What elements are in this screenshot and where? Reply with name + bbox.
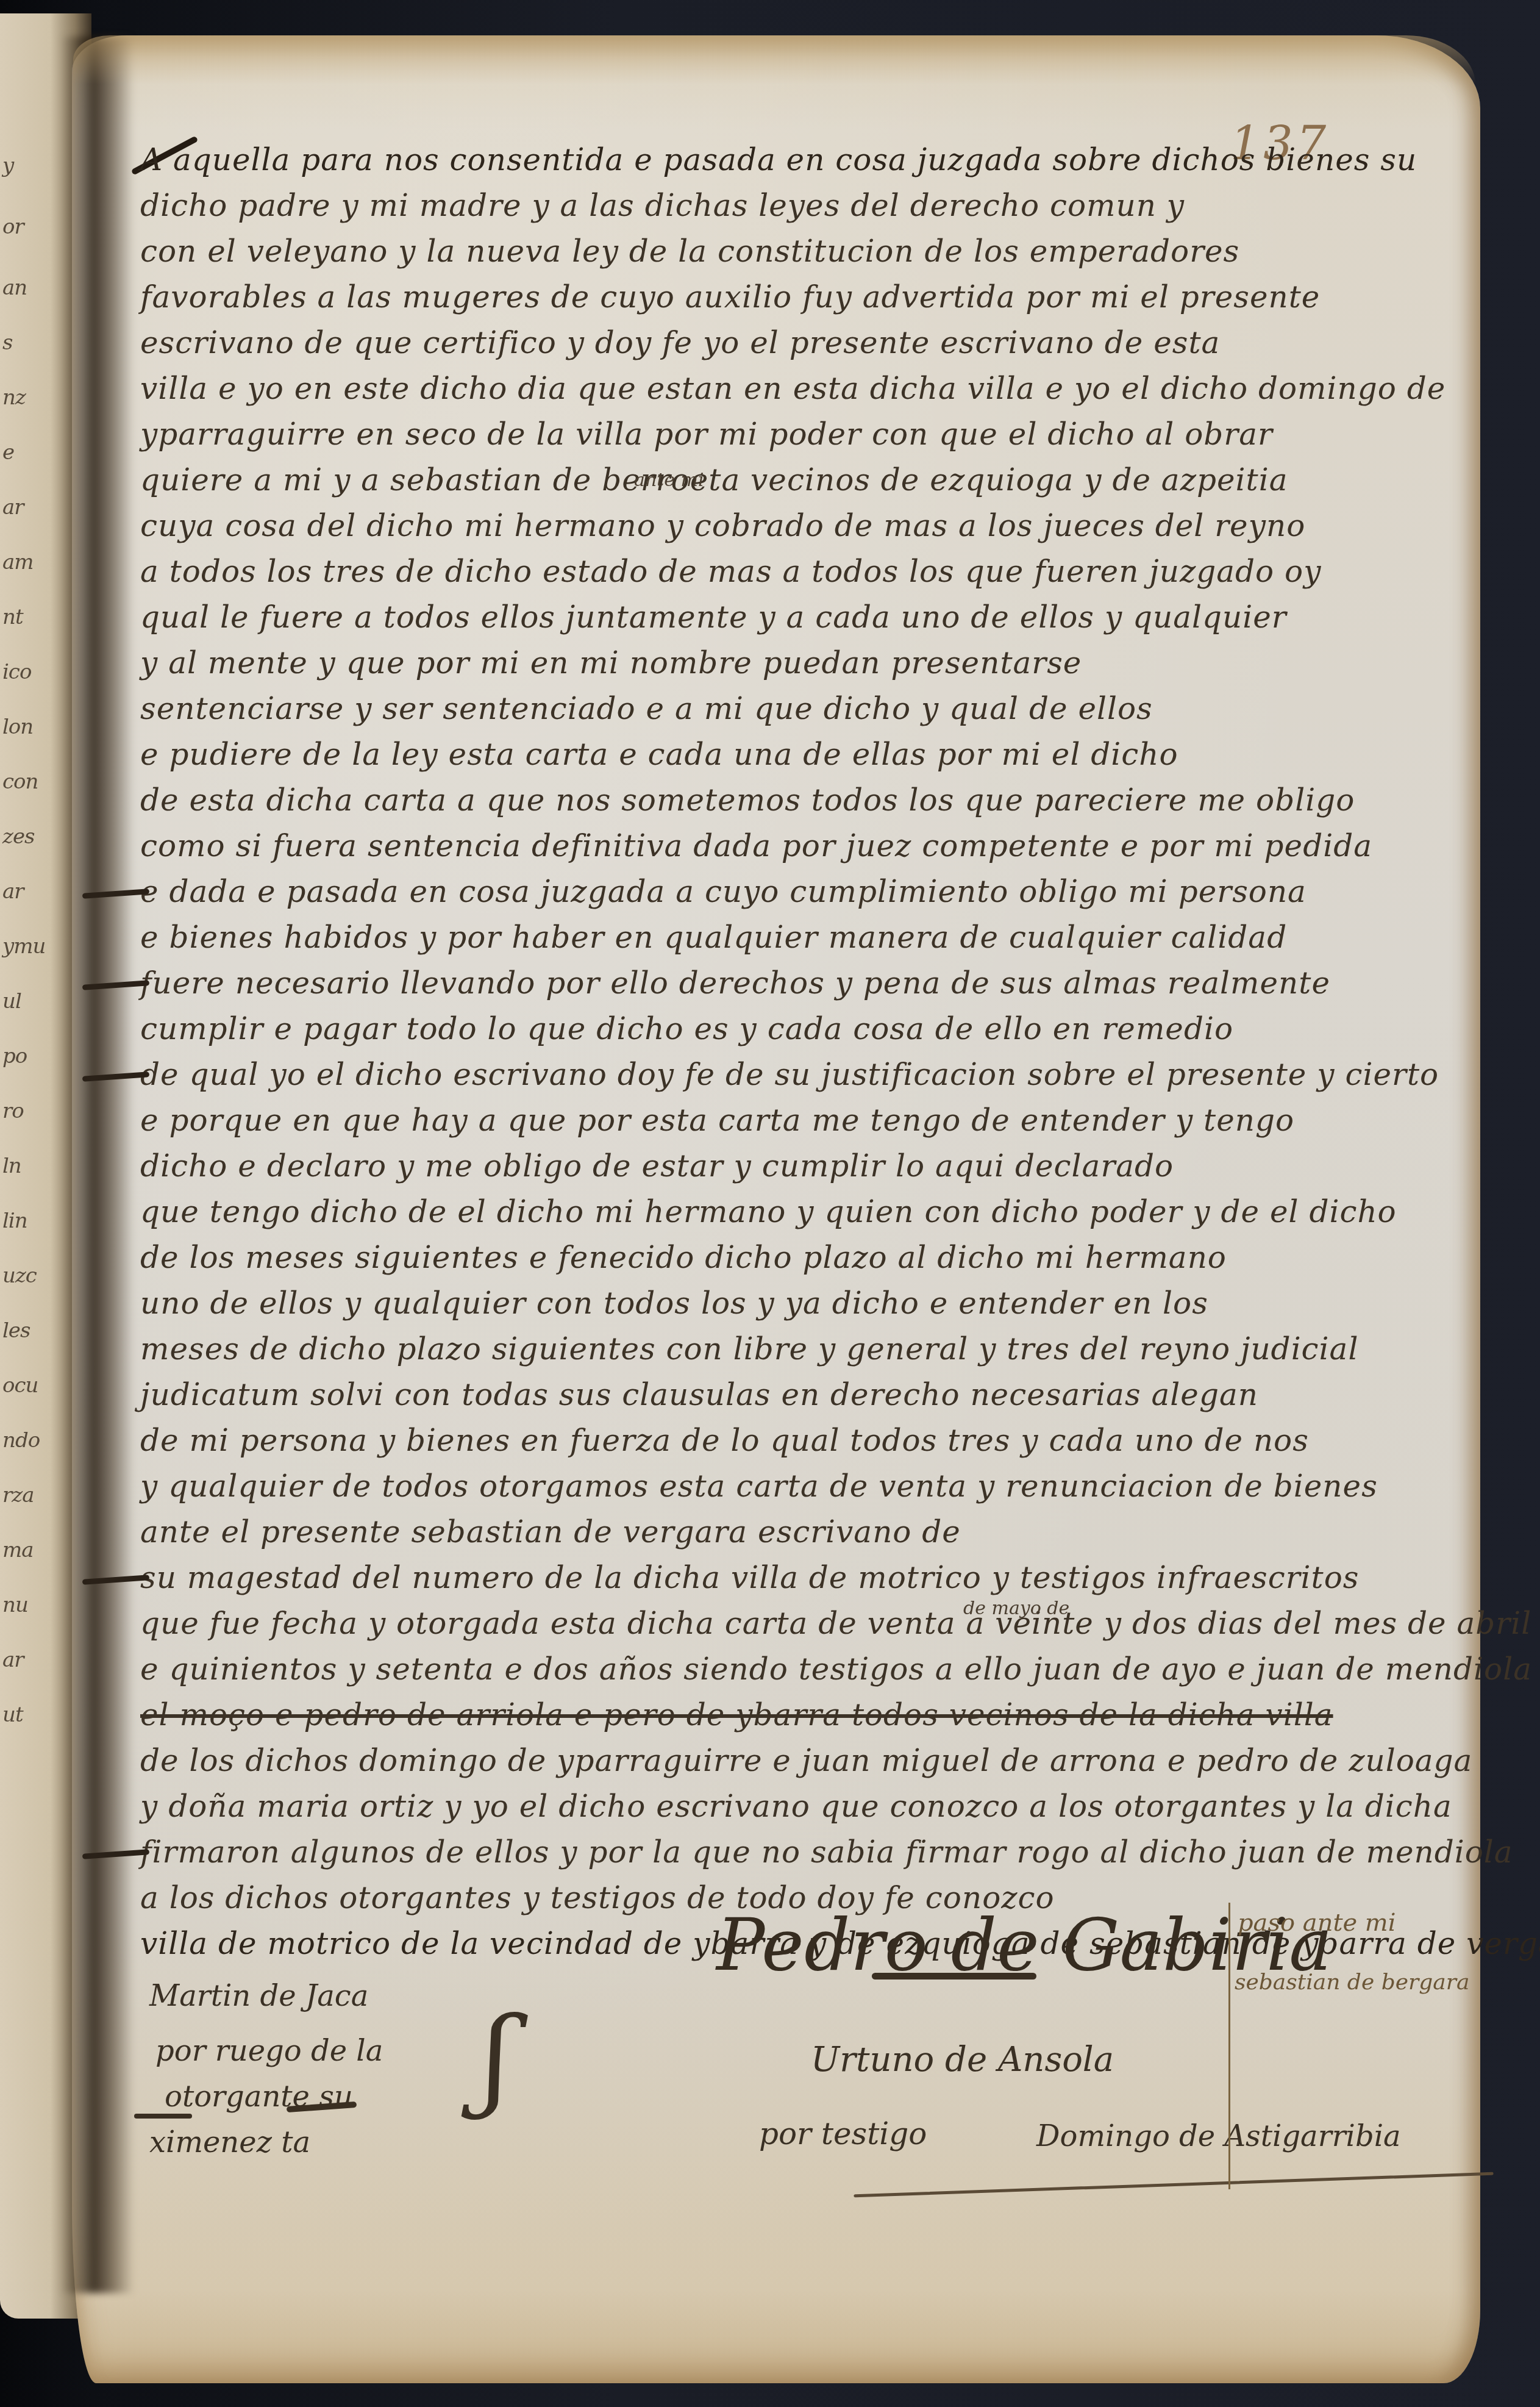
interlinear-note: ante mi xyxy=(634,470,704,491)
page-edge-stain xyxy=(73,35,1475,84)
signature-rule xyxy=(134,2114,192,2119)
text-line-content: el moço e pedro de arriola e pero de yba… xyxy=(140,1697,1333,1733)
signature-by-request: por ruego de la xyxy=(155,2034,383,2068)
text-line: A aquella para nos consentida e pasada e… xyxy=(140,137,1481,183)
text-line: e dada e pasada en cosa juzgada a cuyo c… xyxy=(140,869,1481,915)
text-line-content: fuere necesario llevando por ello derech… xyxy=(140,965,1330,1001)
text-line: el moço e pedro de arriola e pero de yba… xyxy=(140,1692,1481,1738)
witness-prefix: por testigo xyxy=(759,2116,927,2151)
signature-underline xyxy=(872,1973,1036,1980)
marginal-note-paso-ante-mi: paso ante mi xyxy=(1238,1909,1396,1937)
text-line-content: de qual yo el dicho escrivano doy fe de … xyxy=(140,1057,1439,1092)
signature-ximenez: ximenez ta xyxy=(149,2125,310,2159)
text-line: uno de ellos y qualquier con todos los y… xyxy=(140,1281,1481,1326)
text-line: meses de dicho plazo siguientes con libr… xyxy=(140,1326,1481,1372)
text-line: favorables a las mugeres de cuyo auxilio… xyxy=(140,274,1481,320)
text-line: a todos los tres de dicho estado de mas … xyxy=(140,549,1481,595)
interlinear-note: de mayo de xyxy=(963,1598,1069,1619)
marginal-divider xyxy=(1228,1903,1230,2189)
text-line: e pudiere de la ley esta carta e cada un… xyxy=(140,732,1481,778)
text-line: y al mente y que por mi en mi nombre pue… xyxy=(140,640,1481,686)
text-line: cuya cosa del dicho mi hermano y cobrado… xyxy=(140,503,1481,549)
signature-urtuno-de-ansola: Urtuno de Ansola xyxy=(811,2040,1114,2080)
text-line: yparraguirre en seco de la villa por mi … xyxy=(140,412,1481,457)
text-line-content: firmaron algunos de ellos y por la que n… xyxy=(140,1834,1513,1870)
text-line: firmaron algunos de ellos y por la que n… xyxy=(140,1829,1481,1875)
text-line: ante el presente sebastian de vergara es… xyxy=(140,1509,1481,1555)
text-line: e quinientos y setenta e dos años siendo… xyxy=(140,1647,1481,1692)
signature-flourish-icon: ʃ xyxy=(482,1994,512,2122)
binding-gutter-shadow xyxy=(61,37,134,2293)
signature-domingo-de-astigarribia: Domingo de Astigarribia xyxy=(1036,2119,1401,2153)
text-line: que tengo dicho de el dicho mi hermano y… xyxy=(140,1189,1481,1235)
signature-martin-de-jaca: Martin de Jaca xyxy=(149,1979,368,2013)
text-line: de mi persona y bienes en fuerza de lo q… xyxy=(140,1418,1481,1464)
text-line: sentenciarse y ser sentenciado e a mi qu… xyxy=(140,686,1481,732)
text-line: su magestad del numero de la dicha villa… xyxy=(140,1555,1481,1601)
text-line: y qualquier de todos otorgamos esta cart… xyxy=(140,1464,1481,1509)
text-line: qual le fuere a todos ellos juntamente y… xyxy=(140,595,1481,640)
text-line: de esta dicha carta a que nos sometemos … xyxy=(140,778,1481,823)
text-line: que fue fecha y otorgada esta dicha cart… xyxy=(140,1601,1481,1647)
marginal-notary-signature: sebastian de bergara xyxy=(1235,1970,1469,1995)
text-line: de los dichos domingo de yparraguirre e … xyxy=(140,1738,1481,1784)
text-line: dicho padre y mi madre y a las dichas le… xyxy=(140,183,1481,229)
text-line: judicatum solvi con todas sus clausulas … xyxy=(140,1372,1481,1418)
text-line-content: e dada e pasada en cosa juzgada a cuyo c… xyxy=(140,874,1307,909)
text-line: escrivano de que certifico y doy fe yo e… xyxy=(140,320,1481,366)
text-line-content: su magestad del numero de la dicha villa… xyxy=(140,1560,1359,1595)
text-line: quiere a mi y a sebastian de berroeta ve… xyxy=(140,457,1481,503)
text-line: con el veleyano y la nueva ley de la con… xyxy=(140,229,1481,274)
body-text: A aquella para nos consentida e pasada e… xyxy=(140,137,1481,1967)
text-line: fuere necesario llevando por ello derech… xyxy=(140,960,1481,1006)
text-line: e porque en que hay a que por esta carta… xyxy=(140,1098,1481,1143)
text-line: dicho e declaro y me obligo de estar y c… xyxy=(140,1143,1481,1189)
text-line: y doña maria ortiz y yo el dicho escriva… xyxy=(140,1784,1481,1829)
text-line: como si fuera sentencia definitiva dada … xyxy=(140,823,1481,869)
text-line: de qual yo el dicho escrivano doy fe de … xyxy=(140,1052,1481,1098)
text-line: de los meses siguientes e fenecido dicho… xyxy=(140,1235,1481,1281)
text-line: e bienes habidos y por haber en qualquie… xyxy=(140,915,1481,960)
text-line: cumplir e pagar todo lo que dicho es y c… xyxy=(140,1006,1481,1052)
text-line: villa e yo en este dicho dia que estan e… xyxy=(140,366,1481,412)
